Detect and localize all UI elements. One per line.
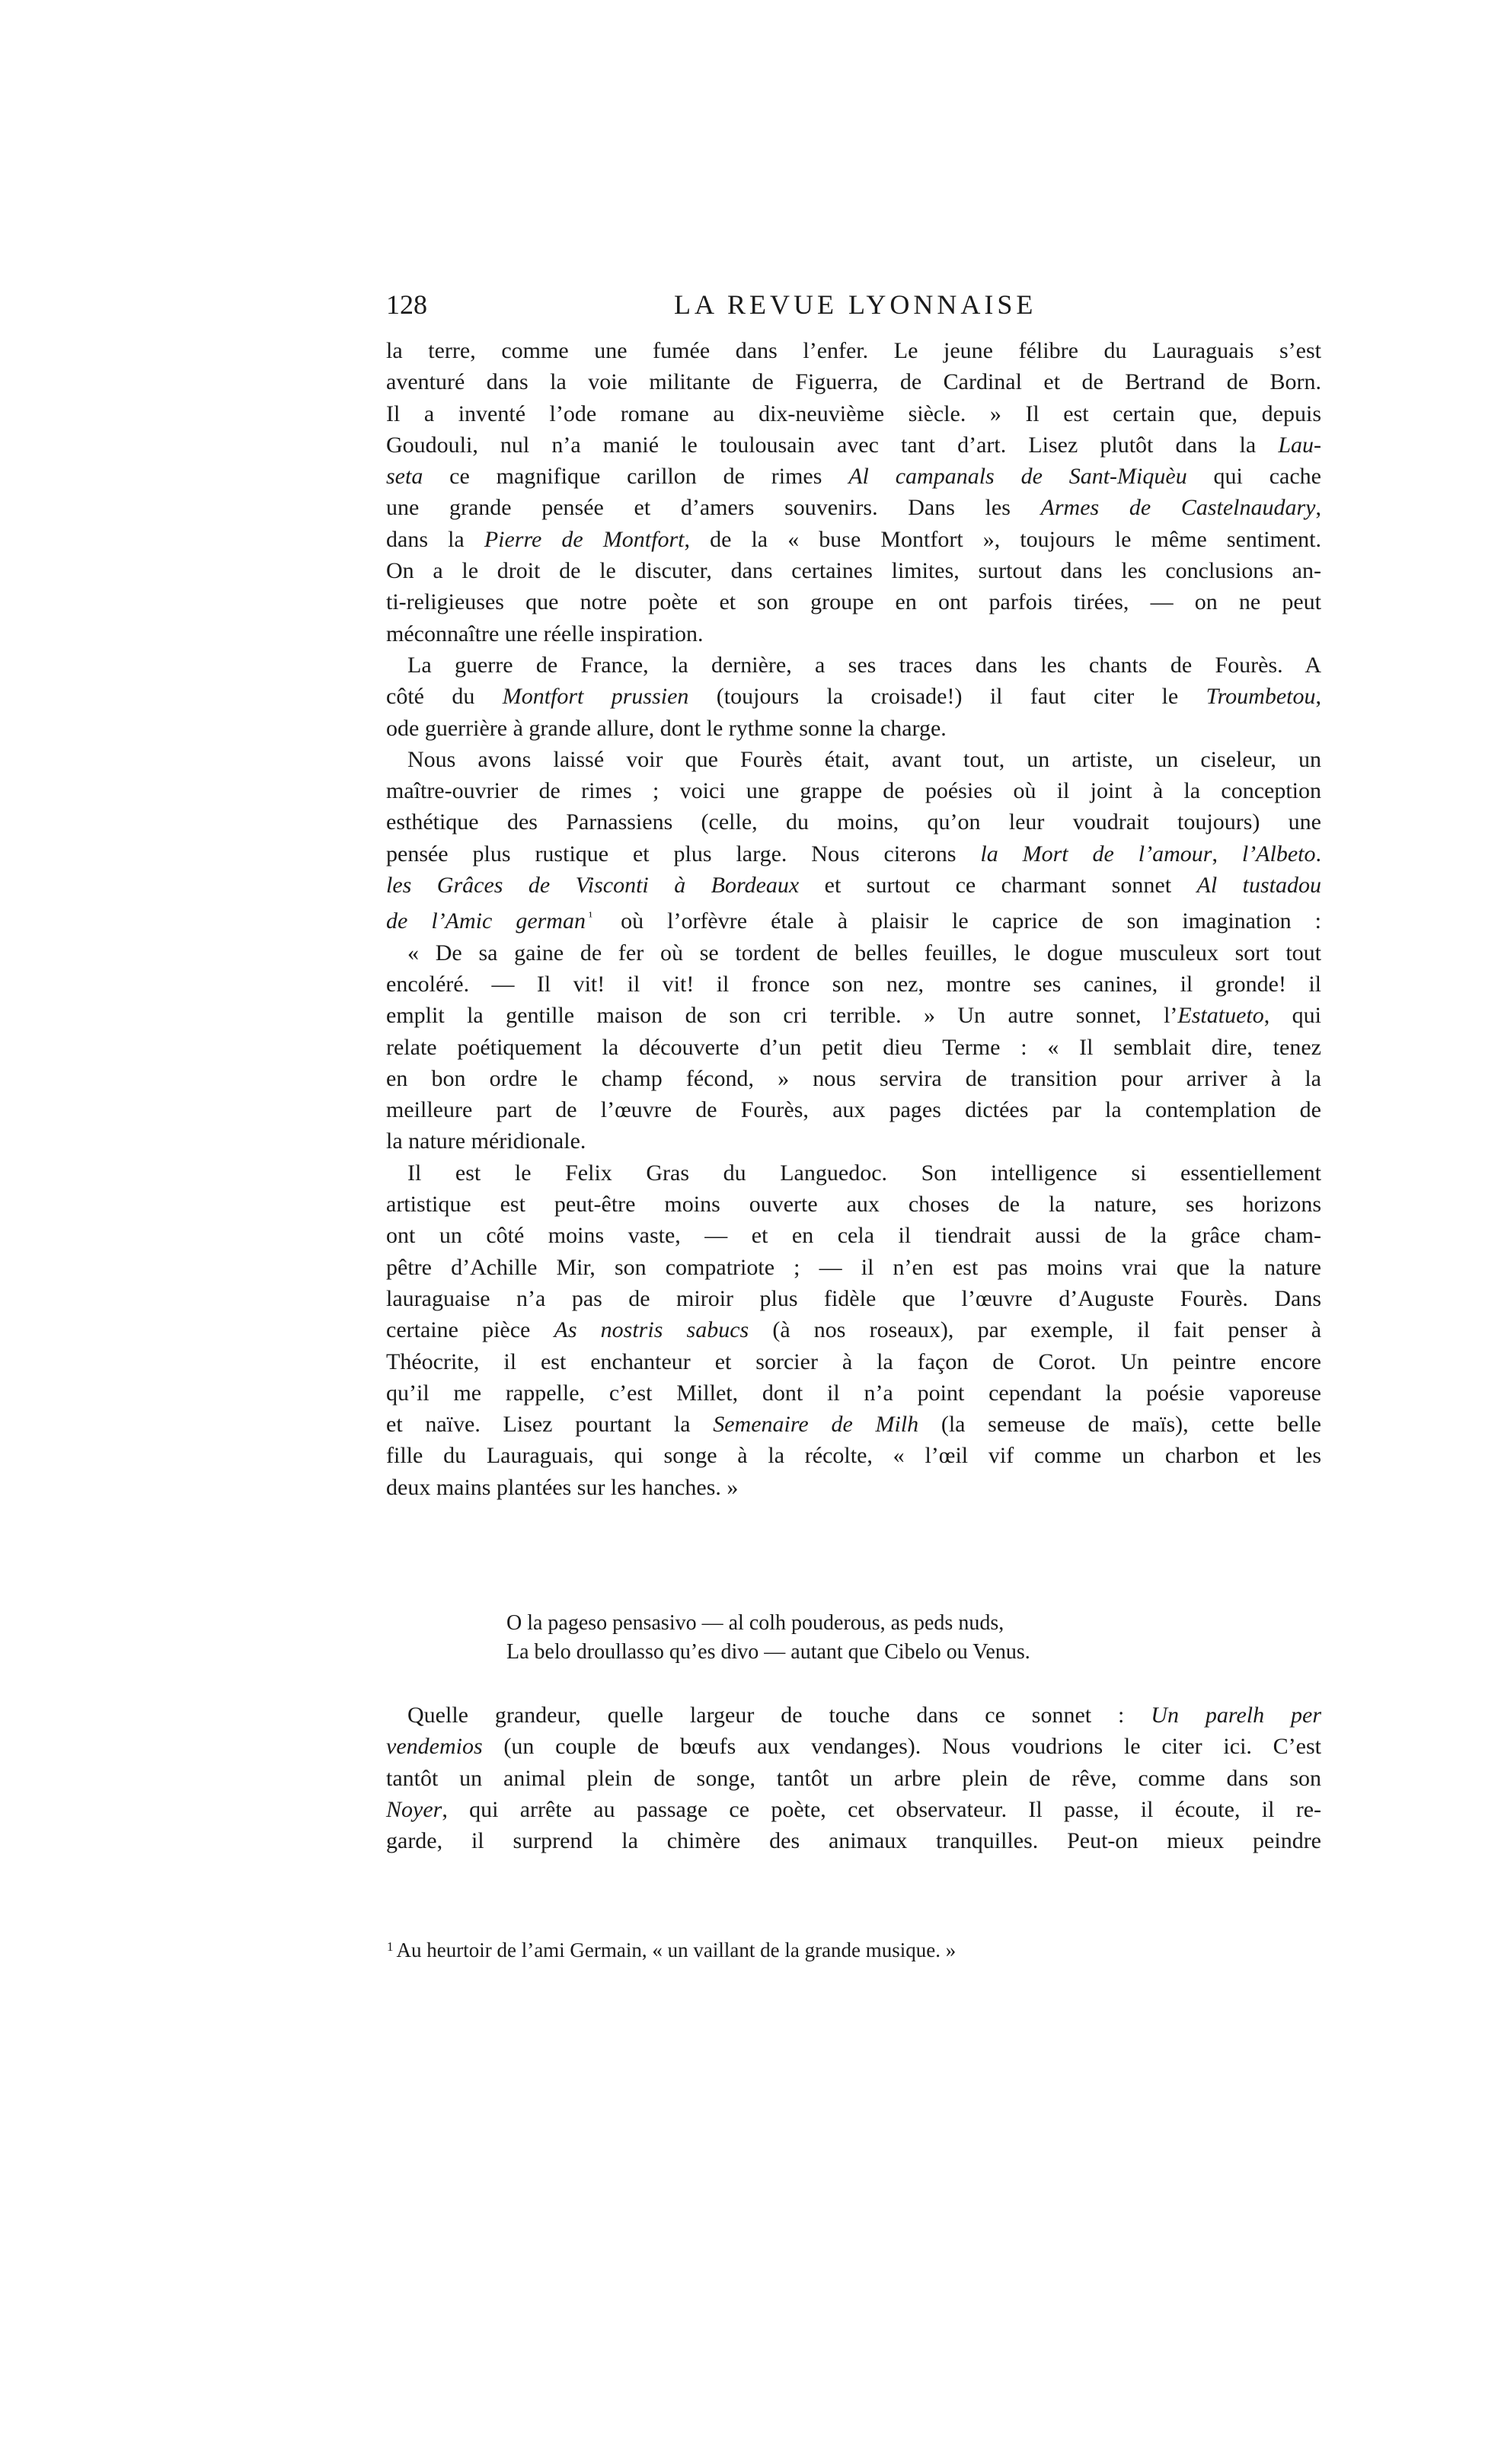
italic-title: Al campanals de Sant-Miquèu [848,464,1186,489]
text-run: artistique est peut-être moins ouverte a… [386,1192,1321,1217]
page-number: 128 [386,288,427,321]
text-line: Théocrite, il est enchanteur et sorcier … [386,1346,1321,1377]
text-line: maître-ouvrier de rimes ; voici une grap… [386,775,1321,806]
italic-title: vendemios [386,1734,483,1759]
text-run: qui cache [1187,464,1321,489]
text-run: Quelle grandeur, quelle largeur de touch… [407,1703,1151,1728]
text-run: lauraguaise n’a pas de miroir plus fidèl… [386,1286,1321,1311]
text-run: meilleure part de l’œuvre de Fourès, aux… [386,1097,1321,1122]
running-head: 128 LA REVUE LYONNAISE [386,288,1321,321]
text-line: aventuré dans la voie militante de Figue… [386,366,1321,397]
text-run: fille du Lauraguais, qui songe à la réco… [386,1443,1321,1468]
text-run: garde, il surprend la chimère des animau… [386,1828,1321,1853]
text-run: où l’orfèvre étale à plaisir le caprice … [597,908,1321,934]
text-run: , [1316,495,1322,520]
text-run: qu’il me rappelle, c’est Millet, dont il… [386,1380,1321,1406]
italic-title: Noyer [386,1797,442,1822]
text-run: ce magnifique carillon de rimes [423,464,848,489]
text-run: Théocrite, il est enchanteur et sorcier … [386,1349,1321,1374]
text-run: « De sa gaine de fer où se tordent de be… [407,940,1321,965]
text-run: aventuré dans la voie militante de Figue… [386,369,1321,394]
text-run: , [1212,841,1241,867]
italic-title: l’Albeto [1242,841,1316,867]
italic-title: Pierre de Montfort [484,527,685,552]
verse-quotation: O la pageso pensasivo — al colh pouderou… [506,1609,1030,1667]
text-line: seta ce magnifique carillon de rimes Al … [386,461,1321,492]
text-line: une grande pensée et d’amers souvenirs. … [386,492,1321,523]
document-page: 128 LA REVUE LYONNAISE la terre, comme u… [0,0,1501,2464]
text-line: lauraguaise n’a pas de miroir plus fidèl… [386,1283,1321,1314]
italic-title: As nostris sabucs [554,1317,749,1342]
text-line: pêtre d’Achille Mir, son compatriote ; —… [386,1252,1321,1283]
text-run: , qui [1264,1003,1321,1028]
text-line: esthétique des Parnassiens (celle, du mo… [386,806,1321,838]
text-line: artistique est peut-être moins ouverte a… [386,1189,1321,1220]
text-run: la nature méridionale. [386,1128,586,1154]
text-line: pensée plus rustique et plus large. Nous… [386,838,1321,870]
text-line: Nous avons laissé voir que Fourès était,… [386,744,1321,775]
text-run: une grande pensée et d’amers souvenirs. … [386,495,1041,520]
text-line: ti-religieuses que notre poète et son gr… [386,586,1321,618]
text-run: ont un côté moins vaste, — et en cela il… [386,1223,1321,1248]
text-run: (à nos roseaux), par exemple, il fait pe… [749,1317,1321,1342]
text-run: (la semeuse de maïs), cette belle [918,1412,1321,1437]
journal-title: LA REVUE LYONNAISE [674,288,1036,321]
text-line: qu’il me rappelle, c’est Millet, dont il… [386,1377,1321,1409]
text-line: les Grâces de Visconti à Bordeaux et sur… [386,870,1321,901]
text-line: certaine pièce As nostris sabucs (à nos … [386,1314,1321,1345]
text-line: en bon ordre le champ fécond, » nous ser… [386,1063,1321,1094]
italic-title: Semenaire de Milh [713,1412,918,1437]
text-run: encoléré. — Il vit! il vit! il fronce so… [386,972,1321,997]
text-line: Noyer, qui arrête au passage ce poète, c… [386,1794,1321,1825]
text-line: vendemios (un couple de bœufs aux vendan… [386,1731,1321,1762]
text-line: La guerre de France, la dernière, a ses … [386,650,1321,681]
text-run: pêtre d’Achille Mir, son compatriote ; —… [386,1255,1321,1280]
text-run: et naïve. Lisez pourtant la [386,1412,713,1437]
text-line: côté du Montfort prussien (toujours la c… [386,681,1321,712]
text-line: garde, il surprend la chimère des animau… [386,1825,1321,1856]
text-run: en bon ordre le champ fécond, » nous ser… [386,1066,1321,1091]
text-line: « De sa gaine de fer où se tordent de be… [386,937,1321,969]
text-line: On a le droit de le discuter, dans certa… [386,555,1321,586]
text-run: Il est le Felix Gras du Languedoc. Son i… [407,1160,1321,1186]
text-line: Quelle grandeur, quelle largeur de touch… [386,1700,1321,1731]
text-run: ti-religieuses que notre poète et son gr… [386,589,1321,614]
text-line: ode guerrière à grande allure, dont le r… [386,713,1321,744]
text-run: emplit la gentille maison de son cri ter… [386,1003,1177,1028]
text-run: relate poétiquement la découverte d’un p… [386,1035,1321,1060]
text-run: dans la [386,527,484,552]
text-line: Il a inventé l’ode romane au dix-neuvièm… [386,398,1321,429]
text-run: . [1315,841,1321,867]
text-run: côté du [386,684,503,709]
footnote: 1Au heurtoir de l’ami Germain, « un vail… [387,1934,956,1963]
text-run: , [1316,684,1322,709]
text-line: méconnaître une réelle inspiration. [386,618,1321,650]
italic-title: la Mort de l’amour [980,841,1212,867]
text-run: la terre, comme une fumée dans l’enfer. … [386,338,1321,363]
text-line: fille du Lauraguais, qui songe à la réco… [386,1440,1321,1471]
text-run: Il a inventé l’ode romane au dix-neuvièm… [386,401,1321,426]
text-run: deux mains plantées sur les hanches. » [386,1475,738,1500]
italic-title: Estatueto [1177,1003,1263,1028]
text-line: la terre, comme une fumée dans l’enfer. … [386,335,1321,366]
italic-title: Lau- [1278,432,1321,458]
text-run: maître-ouvrier de rimes ; voici une grap… [386,778,1321,803]
italic-title: Armes de Castelnaudary [1041,495,1316,520]
text-line: deux mains plantées sur les hanches. » [386,1472,1321,1503]
text-run: ode guerrière à grande allure, dont le r… [386,716,947,741]
text-line: dans la Pierre de Montfort, de la « buse… [386,524,1321,555]
text-line: Il est le Felix Gras du Languedoc. Son i… [386,1157,1321,1189]
text-line: la nature méridionale. [386,1125,1321,1157]
footnote-reference: ¹ [589,909,592,924]
text-run: (un couple de bœufs aux vendanges). Nous… [483,1734,1321,1759]
text-run: et surtout ce charmant sonnet [799,873,1196,898]
italic-title: Al tustadou [1197,873,1321,898]
footnote-marker: 1 [387,1939,394,1954]
italic-title: les Grâces de Visconti à Bordeaux [386,873,799,898]
text-line: de l’Amic german¹ où l’orfèvre étale à p… [386,901,1321,937]
text-run: tantôt un animal plein de songe, tantôt … [386,1766,1321,1791]
text-run: Nous avons laissé voir que Fourès était,… [407,747,1321,772]
text-run: La guerre de France, la dernière, a ses … [407,653,1321,678]
text-run: Goudouli, nul n’a manié le toulousain av… [386,432,1278,458]
italic-title: Un parelh per [1151,1703,1321,1728]
text-run: , qui arrête au passage ce poète, cet ob… [442,1797,1321,1822]
body-text-continued: Quelle grandeur, quelle largeur de touch… [386,1700,1321,1856]
text-run: , de la « buse Montfort », toujours le m… [685,527,1322,552]
text-line: relate poétiquement la découverte d’un p… [386,1032,1321,1063]
text-line: meilleure part de l’œuvre de Fourès, aux… [386,1094,1321,1125]
text-line: tantôt un animal plein de songe, tantôt … [386,1763,1321,1794]
italic-title: seta [386,464,423,489]
text-run: (toujours la croisade!) il faut citer le [688,684,1206,709]
italic-title: de l’Amic german [386,908,586,934]
text-run: certaine pièce [386,1317,554,1342]
italic-title: Troumbetou [1206,684,1316,709]
footnote-text: Au heurtoir de l’ami Germain, « un vaill… [397,1939,956,1961]
text-line: ont un côté moins vaste, — et en cela il… [386,1220,1321,1251]
text-line: emplit la gentille maison de son cri ter… [386,1000,1321,1031]
verse-line: La belo droullasso qu’es divo — autant q… [506,1638,1030,1667]
text-line: Goudouli, nul n’a manié le toulousain av… [386,429,1321,461]
verse-line: O la pageso pensasivo — al colh pouderou… [506,1609,1030,1638]
text-run: esthétique des Parnassiens (celle, du mo… [386,809,1321,835]
body-text: la terre, comme une fumée dans l’enfer. … [386,335,1321,1503]
text-run: méconnaître une réelle inspiration. [386,621,704,646]
text-line: encoléré. — Il vit! il vit! il fronce so… [386,969,1321,1000]
text-run: On a le droit de le discuter, dans certa… [386,558,1321,583]
italic-title: Montfort prussien [503,684,689,709]
text-line: et naïve. Lisez pourtant la Semenaire de… [386,1409,1321,1440]
text-run: pensée plus rustique et plus large. Nous… [386,841,980,867]
